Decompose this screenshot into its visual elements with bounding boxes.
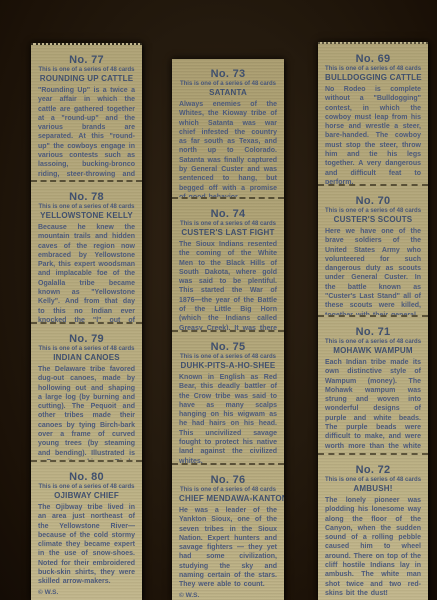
card-title: YELLOWSTONE KELLY bbox=[38, 211, 135, 220]
copyright-mark: © W.S. bbox=[38, 589, 135, 596]
card-body-text: The lonely pioneer was plodding his lone… bbox=[325, 496, 421, 598]
card-body-text: He was a leader of the Yankton Sioux, on… bbox=[179, 506, 277, 590]
card-body-text: Each Indian tribe made its own distincti… bbox=[325, 358, 421, 453]
copyright-mark: © W.S. bbox=[179, 592, 277, 599]
card-series-line: This is one of a series of 48 cards bbox=[38, 346, 135, 352]
card-no-70: No. 70 This is one of a series of 48 car… bbox=[318, 184, 428, 315]
card-no-80: No. 80 This is one of a series of 48 car… bbox=[31, 460, 142, 600]
card-series-line: This is one of a series of 48 cards bbox=[179, 487, 277, 493]
card-strip-77-80: No. 77 This is one of a series of 48 car… bbox=[31, 43, 142, 600]
card-series-line: This is one of a series of 48 cards bbox=[179, 221, 277, 227]
card-title: OJIBWAY CHIEF bbox=[38, 491, 135, 500]
card-body-text: The Sioux Indians resented the coming of… bbox=[179, 240, 277, 330]
card-no-69: No. 69 This is one of a series of 48 car… bbox=[318, 44, 428, 184]
card-no-72: No. 72 This is one of a series of 48 car… bbox=[318, 453, 428, 600]
card-series-line: This is one of a series of 48 cards bbox=[179, 354, 277, 360]
card-number: No. 71 bbox=[325, 326, 421, 338]
card-strips-photo: No. 77 This is one of a series of 48 car… bbox=[0, 0, 437, 600]
card-number: No. 77 bbox=[38, 54, 135, 66]
card-title: ROUNDING UP CATTLE bbox=[38, 74, 135, 83]
card-body-text: No Rodeo is complete without a "Bulldogg… bbox=[325, 85, 421, 184]
card-title: DUHK-PITS-A-HO-SHEE bbox=[179, 361, 277, 370]
card-strip-69-72: No. 69 This is one of a series of 48 car… bbox=[318, 42, 428, 600]
card-no-76: No. 76 This is one of a series of 48 car… bbox=[172, 463, 284, 600]
card-series-line: This is one of a series of 48 cards bbox=[325, 208, 421, 214]
card-no-75: No. 75 This is one of a series of 48 car… bbox=[172, 330, 284, 463]
card-number: No. 79 bbox=[38, 333, 135, 345]
card-number: No. 69 bbox=[325, 53, 421, 65]
card-strip-73-76: No. 73 This is one of a series of 48 car… bbox=[172, 59, 284, 600]
card-series-line: This is one of a series of 48 cards bbox=[325, 339, 421, 345]
card-number: No. 74 bbox=[179, 208, 277, 220]
card-series-line: This is one of a series of 48 cards bbox=[38, 204, 135, 210]
card-title: CUSTER'S SCOUTS bbox=[325, 215, 421, 224]
card-series-line: This is one of a series of 48 cards bbox=[38, 484, 135, 490]
card-body-text: The Ojibway tribe lived in an area just … bbox=[38, 503, 135, 587]
card-body-text: Known in English as Red Bear, this deadl… bbox=[179, 373, 277, 463]
card-number: No. 70 bbox=[325, 195, 421, 207]
card-no-79: No. 79 This is one of a series of 48 car… bbox=[31, 322, 142, 460]
card-body-text: Always enemies of the Whites, the Kioway… bbox=[179, 100, 277, 197]
card-number: No. 80 bbox=[38, 471, 135, 483]
card-body-text: The Delaware tribe favored dug-out canoe… bbox=[38, 365, 135, 460]
card-number: No. 75 bbox=[179, 341, 277, 353]
card-no-78: No. 78 This is one of a series of 48 car… bbox=[31, 180, 142, 322]
card-number: No. 73 bbox=[179, 68, 277, 80]
card-no-71: No. 71 This is one of a series of 48 car… bbox=[318, 315, 428, 453]
card-body-text: Here we have one of the brave soldiers o… bbox=[325, 227, 421, 315]
card-title: INDIAN CANOES bbox=[38, 353, 135, 362]
card-no-77: No. 77 This is one of a series of 48 car… bbox=[31, 45, 142, 180]
card-title: SATANTA bbox=[179, 88, 277, 97]
card-number: No. 72 bbox=[325, 464, 421, 476]
card-series-line: This is one of a series of 48 cards bbox=[325, 477, 421, 483]
card-number: No. 78 bbox=[38, 191, 135, 203]
card-series-line: This is one of a series of 48 cards bbox=[179, 81, 277, 87]
card-title: MOHAWK WAMPUM bbox=[325, 346, 421, 355]
card-title: BULLDOGGING CATTLE bbox=[325, 73, 421, 82]
card-title: CUSTER'S LAST FIGHT bbox=[179, 228, 277, 237]
card-no-73: No. 73 This is one of a series of 48 car… bbox=[172, 59, 284, 197]
card-number: No. 76 bbox=[179, 474, 277, 486]
card-series-line: This is one of a series of 48 cards bbox=[38, 67, 135, 73]
card-no-74: No. 74 This is one of a series of 48 car… bbox=[172, 197, 284, 330]
card-body-text: Because he knew the mountain trails and … bbox=[38, 223, 135, 322]
card-title: AMBUSH! bbox=[325, 484, 421, 493]
card-series-line: This is one of a series of 48 cards bbox=[325, 66, 421, 72]
card-body-text: "Rounding Up" is a twice a year affair i… bbox=[38, 86, 135, 180]
card-title: CHIEF MENDAWA-KANTON bbox=[179, 494, 277, 503]
